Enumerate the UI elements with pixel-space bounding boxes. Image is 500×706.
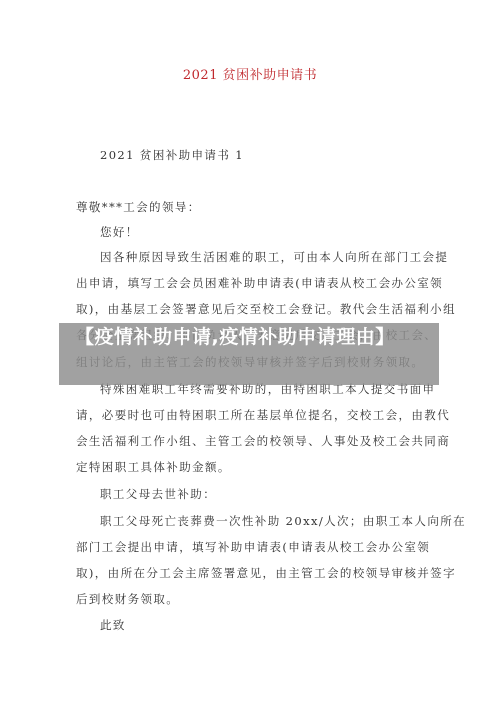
- document-line: 取)，由基层工会签署意见后交至校工会登记。教代会生活福利小组: [76, 302, 456, 316]
- document-line: 会生活福利工作小组、主管工会的校领导、人事处及校工会共同商: [76, 434, 450, 448]
- document-line: 职工父母去世补助：: [100, 487, 216, 501]
- document-title: 2021 贫困补助申请书: [0, 64, 500, 83]
- document-line: 此致: [100, 618, 126, 632]
- document-line: 请，必要时也可由特困职工所在基层单位提名，交校工会，由教代: [76, 408, 450, 422]
- document-line: 后到校财务领取。: [76, 592, 179, 606]
- document-line: 您好！: [100, 225, 139, 239]
- document-line: 出申请，填写工会会员困难补助申请表(申请表从校工会办公室领: [76, 276, 443, 290]
- document-line: 2021 贫困补助申请书 1: [100, 148, 244, 162]
- document-line: 尊敬***工会的领导：: [76, 200, 201, 214]
- document-line: 部门工会提出申请，填写补助申请表(申请表从校工会办公室领: [76, 540, 430, 554]
- document-line: 因各种原因导致生活困难的职工，可由本人向所在部门工会提: [100, 250, 448, 264]
- document-line: 取)，由所在分工会主席签署意见，由主管工会的校领导审核并签字: [76, 566, 456, 580]
- document-line: 定特困职工具体补助金额。: [76, 460, 231, 474]
- document-line: 职工父母死亡丧葬费一次性补助 20xx/人次；由职工本人向所在: [100, 514, 466, 528]
- overlay-title[interactable]: 【疫情补助申请,疫情补助申请理由】: [75, 325, 435, 349]
